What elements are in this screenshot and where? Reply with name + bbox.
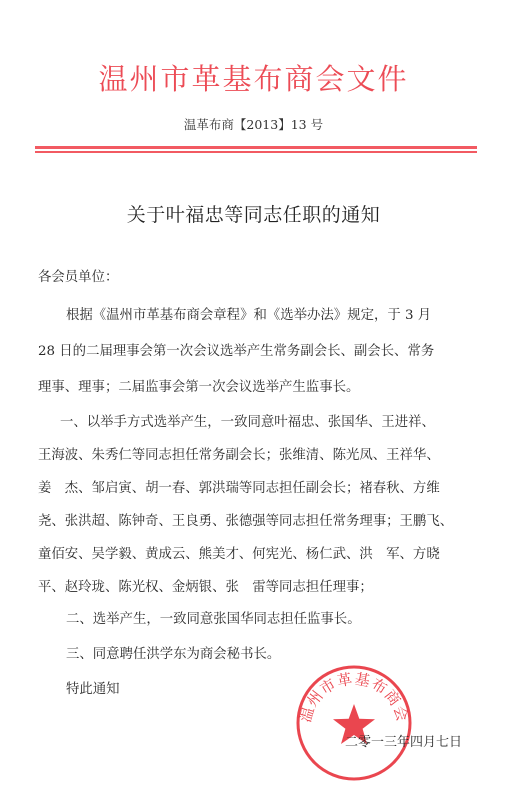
salutation: 各会员单位： bbox=[38, 268, 478, 288]
paragraph-line: 尧、张洪超、陈钟奇、王良勇、张德强等同志担任常务理事；王鹏飞、 bbox=[38, 512, 453, 532]
official-seal: 温州市革基布商会 bbox=[295, 664, 413, 782]
paragraph-line: 理事、理事；二届监事会第一次会议选举产生监事长。 bbox=[38, 378, 359, 398]
organization-title: 温州市革基布商会文件 bbox=[0, 62, 507, 96]
paragraph-line: 姜 杰、邹启寅、胡一春、郭洪瑞等同志担任副会长；褚春秋、方维 bbox=[38, 479, 440, 499]
paragraph-line: 28 日的二届理事会第一次会议选举产生常务副会长、副会长、常务 bbox=[38, 342, 434, 362]
paragraph-line: 一、以举手方式选举产生，一致同意叶福忠、张国华、王进祥、 bbox=[60, 413, 435, 433]
paragraph-line: 王海波、朱秀仁等同志担任常务副会长；张维清、陈光凤、王祥华、 bbox=[38, 446, 440, 466]
paragraph-line: 根据《温州市革基布商会章程》和《选举办法》规定，于 3 月 bbox=[66, 306, 431, 326]
notice-title: 关于叶福忠等同志任职的通知 bbox=[0, 203, 507, 227]
paragraph-line: 童佰安、吴学毅、黄成云、熊美才、何宪光、杨仁武、洪 军、方晓 bbox=[38, 545, 440, 565]
issue-date: 二零一三年四月七日 bbox=[345, 734, 462, 752]
document-number: 温革布商【2013】13 号 bbox=[0, 117, 507, 133]
paragraph-line: 平、赵玲珑、陈光权、金炳银、张 雷等同志担任理事； bbox=[38, 578, 373, 598]
paragraph-line: 三、同意聘任洪学东为商会秘书长。 bbox=[66, 645, 280, 665]
header-rule-thick bbox=[35, 146, 477, 149]
header-rule-thin bbox=[35, 151, 477, 153]
paragraph-line: 二、选举产生，一致同意张国华同志担任监事长。 bbox=[66, 610, 361, 630]
closing-line: 特此通知 bbox=[66, 680, 120, 700]
